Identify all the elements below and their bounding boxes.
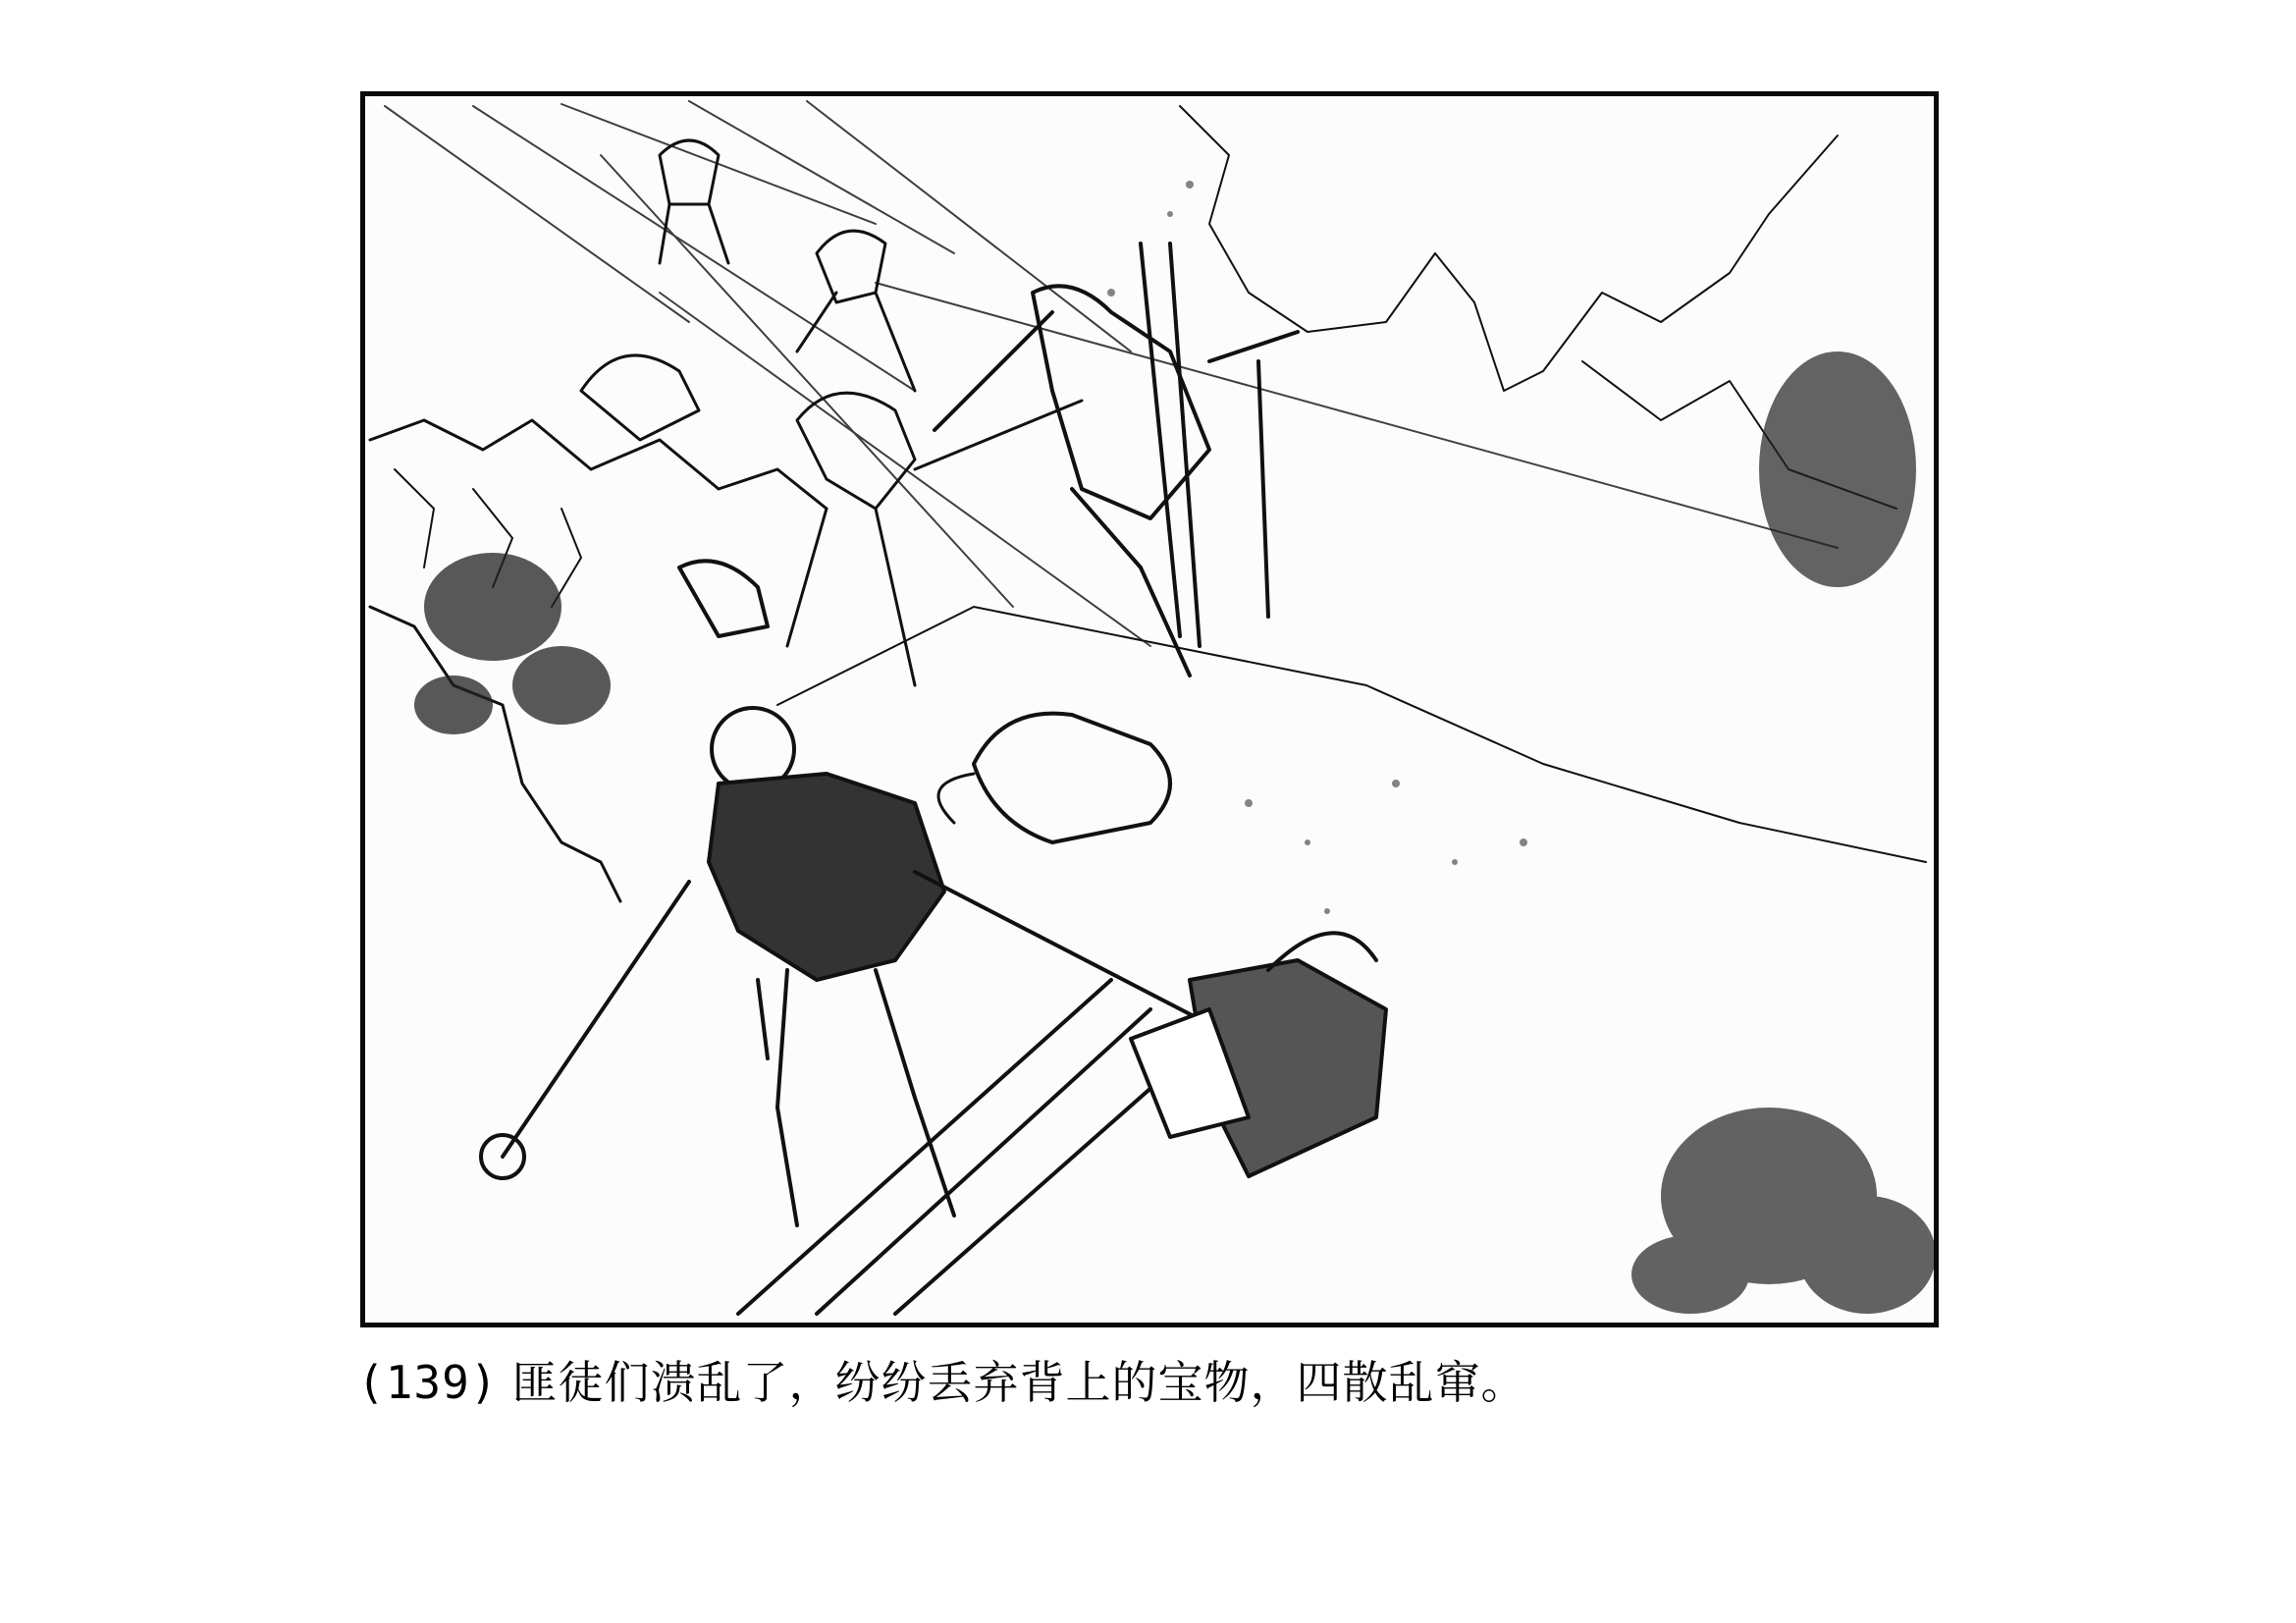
illustration-panel: [360, 91, 1939, 1327]
caption-text: 匪徒们溃乱了，纷纷丢弃背上的宝物，四散乱窜。: [511, 1356, 1526, 1409]
panel-number: (139): [357, 1356, 498, 1409]
ski-chase-illustration: [365, 96, 1934, 1323]
comic-page: (139)匪徒们溃乱了，纷纷丢弃背上的宝物，四散乱窜。: [0, 0, 2296, 1623]
panel-caption: (139)匪徒们溃乱了，纷纷丢弃背上的宝物，四散乱窜。: [357, 1353, 1526, 1412]
